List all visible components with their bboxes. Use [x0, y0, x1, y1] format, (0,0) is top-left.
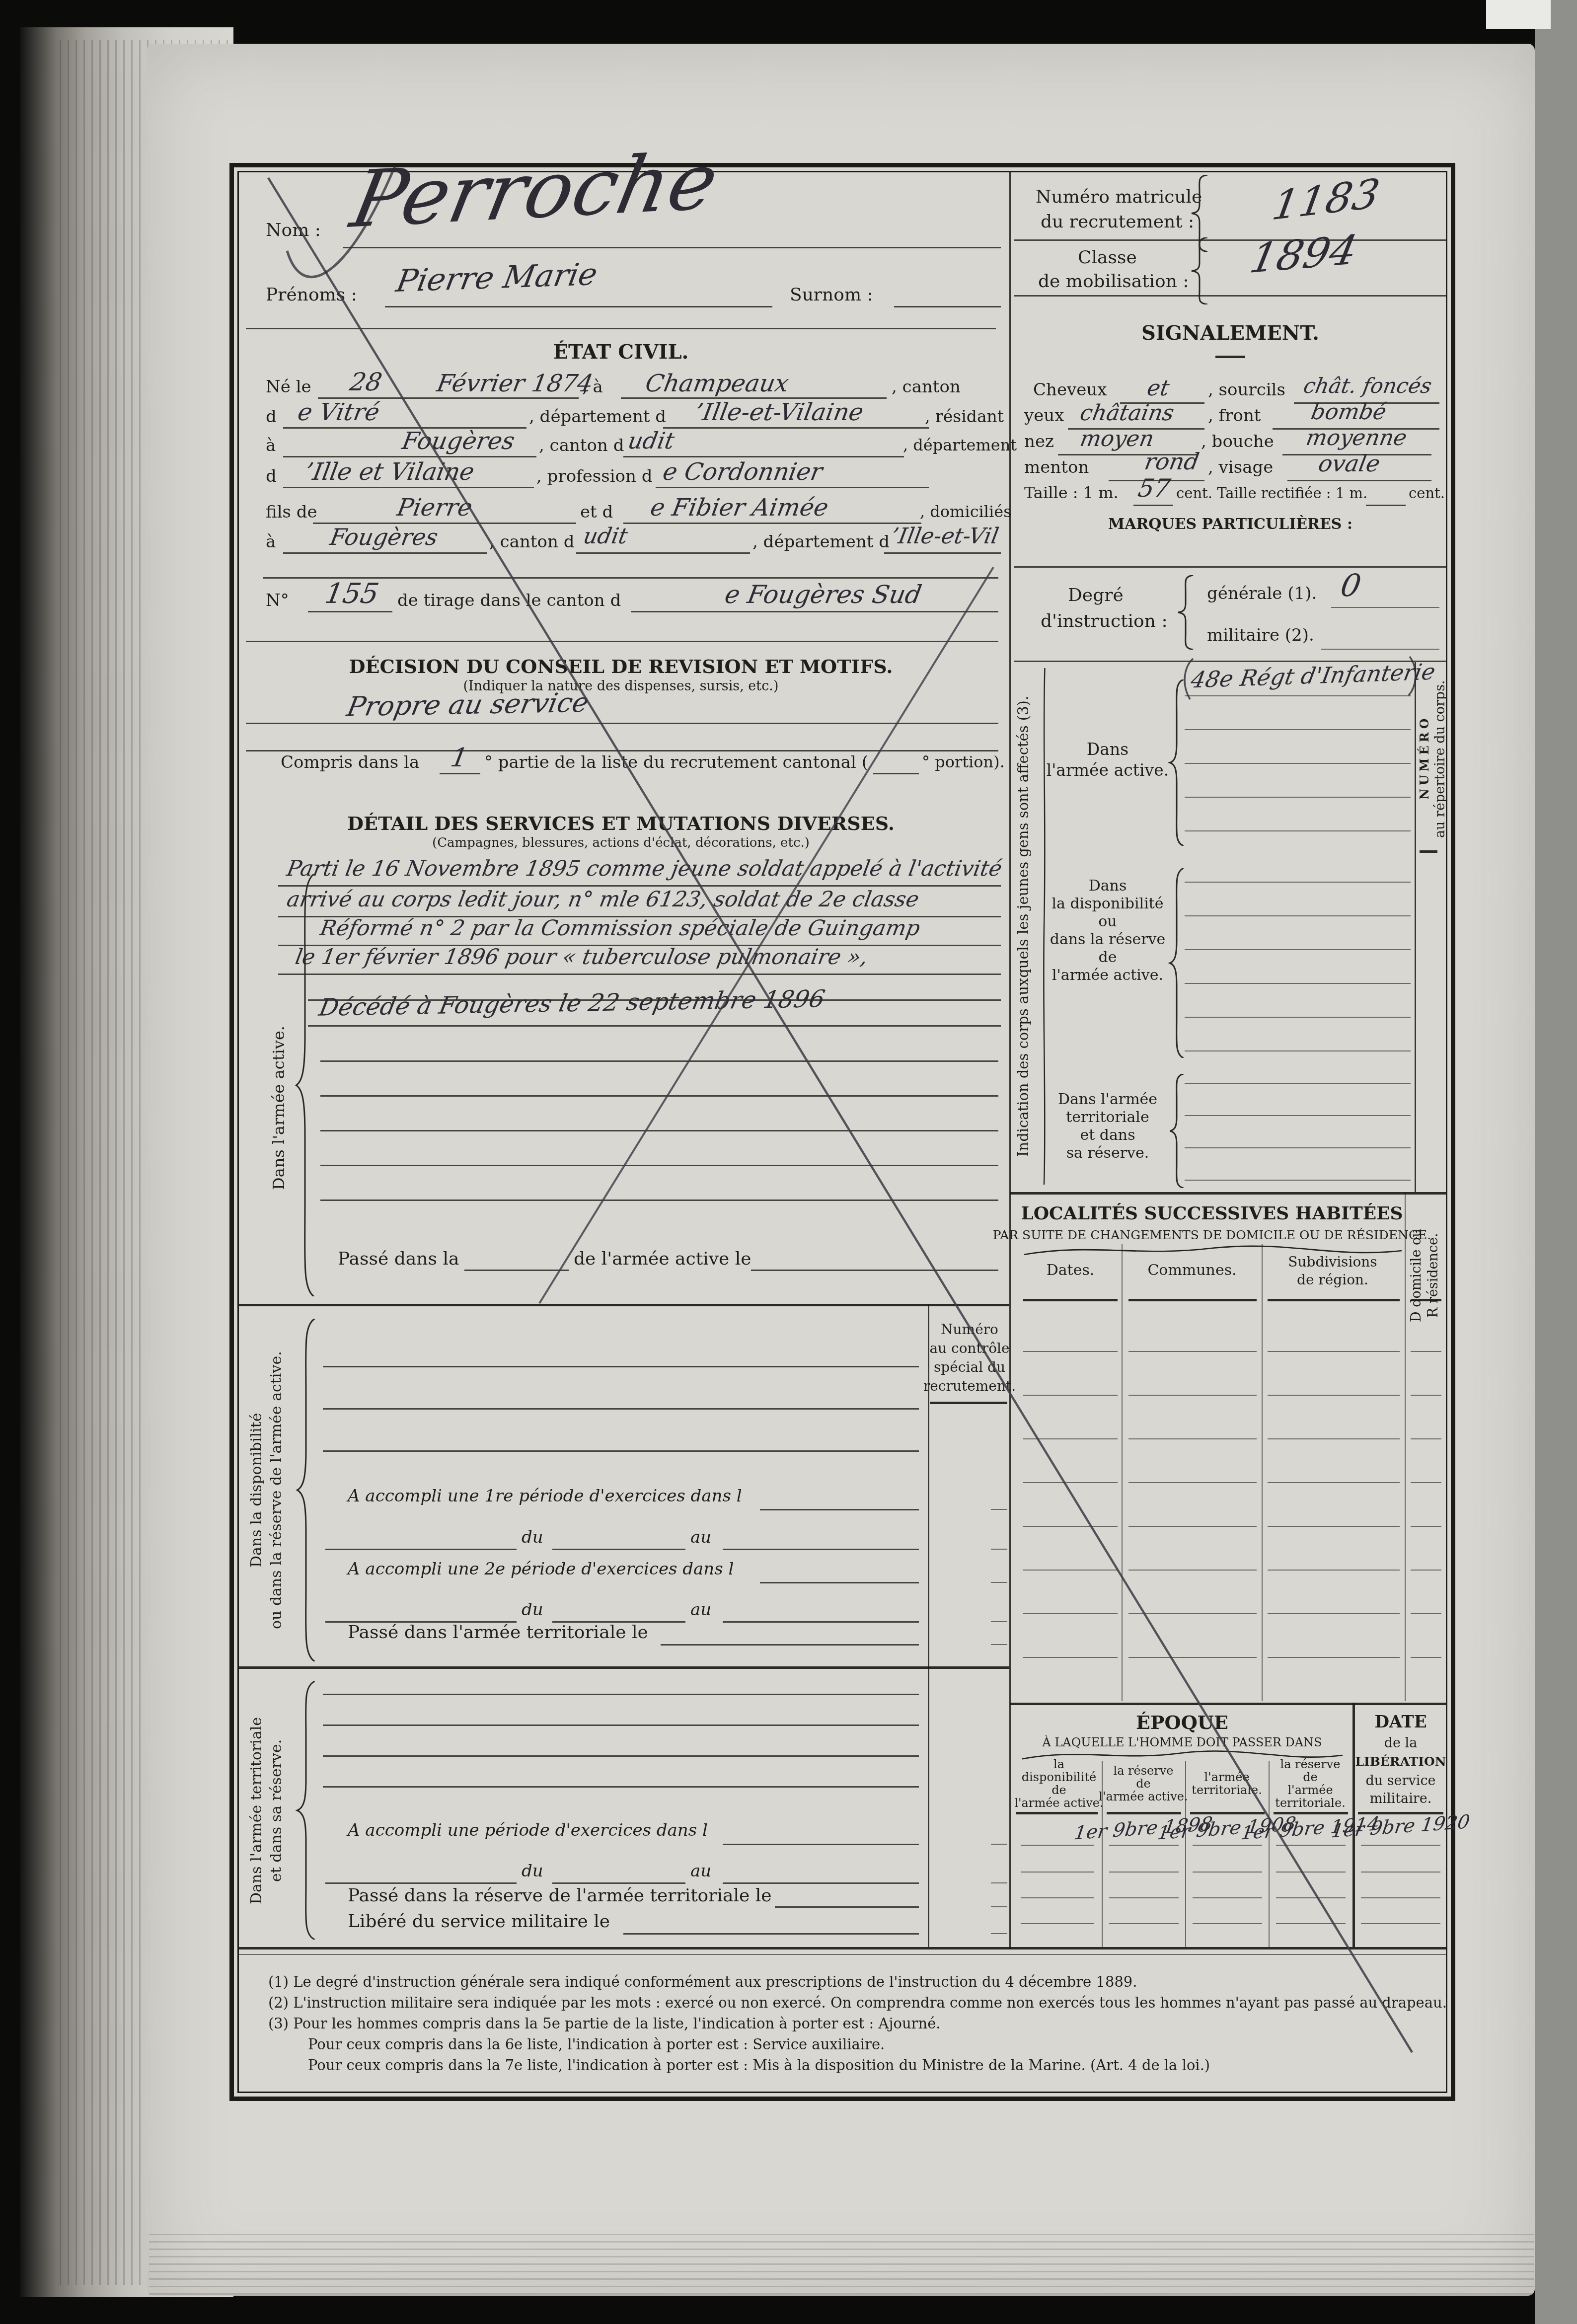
corps-line	[1185, 1050, 1411, 1051]
birth-day: 28	[348, 370, 384, 394]
corps-line	[1185, 729, 1411, 730]
tick-line	[991, 1582, 1007, 1583]
epoque-row-line	[1276, 1845, 1346, 1846]
tick-line	[991, 1549, 1007, 1550]
profession-value: e Cordonnier	[661, 460, 825, 484]
departement2-value: ’Ille et Vilaine	[303, 460, 476, 484]
side-label-territoriale-1: Dans l'armée territoriale	[249, 1681, 264, 1940]
corps-line	[1185, 830, 1411, 831]
write-line	[623, 1933, 919, 1935]
corps-dispo-label: Dans	[1089, 878, 1127, 894]
nom-value: Perroche	[345, 142, 724, 239]
blank-line	[320, 1060, 998, 1062]
section-divider	[239, 1304, 1009, 1306]
epoque-col1-header: de	[1051, 1784, 1066, 1797]
epoque-col2-header: de	[1136, 1778, 1151, 1790]
corps-terr-label: et dans	[1080, 1127, 1135, 1143]
compris-label-2: ° partie de la liste du recrutement cant…	[484, 754, 868, 772]
epoque-row-line	[1109, 1845, 1179, 1846]
write-line	[325, 1549, 517, 1550]
header-rule	[1268, 1299, 1400, 1301]
domicilies-label: , domiciliés	[920, 504, 1012, 521]
title-dash	[1215, 356, 1245, 358]
au-label: au	[690, 1863, 711, 1880]
nom-label: Nom :	[266, 221, 321, 240]
prenoms-label: Prénoms :	[266, 286, 357, 304]
write-line	[552, 1549, 685, 1550]
departement3-value: ’Ille-et-Vil	[890, 525, 1000, 547]
tick-line	[991, 1906, 1007, 1907]
corps-line	[1185, 1147, 1411, 1148]
residant-label: , résidant	[925, 408, 1004, 426]
table-row-line	[1411, 1613, 1441, 1614]
write-line	[775, 1906, 919, 1908]
table-row-line	[1128, 1395, 1257, 1396]
side-label-disponibilite-2: ou dans la réserve de l'armée active.	[269, 1321, 284, 1659]
epoque-row-line	[1109, 1897, 1179, 1898]
col-header-subdiv-1: Subdivisions	[1288, 1255, 1377, 1269]
mother-name: e Fibier Aimée	[649, 496, 830, 520]
menton-label: menton	[1024, 459, 1089, 477]
write-line	[246, 723, 998, 724]
visage-label: , visage	[1208, 459, 1273, 477]
epoque-row-line	[1276, 1923, 1346, 1924]
corps-terr-label: Dans l'armée	[1058, 1092, 1157, 1108]
du-label: du	[522, 1601, 543, 1619]
epoque-col2-header: la réserve	[1113, 1765, 1173, 1777]
table-row-line	[1268, 1351, 1400, 1352]
repertoire-label-text: au répertoire du corps.	[1433, 665, 1447, 853]
menton-value: rond	[1143, 450, 1201, 473]
write-line	[723, 1844, 919, 1845]
table-row-line	[1268, 1657, 1400, 1658]
bottom-page-edges	[149, 2234, 1534, 2295]
periode-terr-label: A accompli une période d'exercices dans …	[348, 1822, 708, 1840]
canton-d2-label: , canton d	[489, 533, 574, 551]
epoque-row-line	[1109, 1923, 1179, 1924]
cent-label: cent.	[1409, 486, 1445, 501]
cell-divider	[1014, 295, 1446, 297]
table-row-line	[1268, 1395, 1400, 1396]
canton-dudit2: udit	[582, 525, 629, 547]
a-label: , à	[582, 378, 603, 396]
decision-value: Propre au service	[345, 689, 591, 720]
classe-label-line1: Classe	[1078, 248, 1137, 267]
table-row-line	[1411, 1570, 1441, 1571]
corps-dispo-label: dans la réserve	[1050, 932, 1166, 948]
epoque-row-line	[1276, 1897, 1346, 1898]
date-col-header: de la	[1384, 1736, 1418, 1750]
col-header-dates: Dates.	[1047, 1263, 1095, 1278]
cheveux-label: Cheveux	[1033, 381, 1107, 399]
table-row-line	[1268, 1613, 1400, 1614]
table-row-line	[1128, 1613, 1257, 1614]
decision-title: DÉCISION DU CONSEIL DE REVISION ET MOTIF…	[349, 657, 893, 676]
corps-line	[1185, 949, 1411, 950]
epoque-row-line	[1193, 1897, 1262, 1898]
epoque-col4-header: de	[1303, 1771, 1318, 1784]
write-line	[1321, 649, 1439, 650]
epoque-title: ÉPOQUE	[1136, 1713, 1228, 1732]
generale-label: générale (1).	[1207, 585, 1317, 603]
classe-value: 1894	[1247, 230, 1360, 280]
blank-line	[323, 1408, 919, 1410]
write-line	[1331, 607, 1439, 608]
epoque-row-line	[1361, 1872, 1440, 1873]
front-value: bombé	[1309, 401, 1388, 423]
epoque-row-line	[1021, 1923, 1094, 1924]
tick-line	[991, 1882, 1007, 1883]
nez-value: moyen	[1078, 428, 1155, 450]
passe-armee-active-1: Passé dans la	[338, 1250, 459, 1269]
write-line	[723, 1621, 919, 1623]
write-line	[278, 885, 1001, 887]
cheveux-value: et	[1145, 377, 1171, 399]
table-row-line	[1128, 1482, 1257, 1483]
dr-label-1: D domicile ou	[1410, 1201, 1423, 1350]
blank-line	[323, 1366, 919, 1367]
birth-month-year: Février 1874	[435, 372, 595, 395]
write-line	[873, 773, 919, 774]
write-line	[283, 456, 536, 457]
corps-line	[1185, 1115, 1411, 1116]
table-row-line	[1023, 1613, 1118, 1614]
corps-terr-label: sa réserve.	[1066, 1145, 1149, 1161]
table-row-line	[1023, 1657, 1118, 1658]
tirage-value: 155	[323, 580, 381, 608]
section-divider	[1010, 1192, 1446, 1195]
taille-value: 57	[1136, 476, 1172, 501]
prenoms-value: Pierre Marie	[394, 259, 600, 297]
write-line	[283, 552, 487, 554]
write-line	[623, 456, 904, 457]
header-rule	[1023, 1299, 1118, 1301]
write-line	[894, 306, 1001, 307]
bouche-label: , bouche	[1201, 433, 1274, 451]
cell-divider	[1014, 566, 1446, 568]
domicile-value: Fougères	[328, 525, 440, 548]
front-label: , front	[1208, 407, 1261, 425]
repertoire-strip-divider	[1415, 662, 1416, 1192]
write-line	[1133, 505, 1173, 506]
tick-line	[991, 1844, 1007, 1845]
table-row-line	[1023, 1570, 1118, 1571]
blank-line	[323, 1694, 919, 1695]
write-line	[385, 306, 772, 307]
epoque-row-line	[1021, 1872, 1094, 1873]
blank-line	[246, 641, 998, 642]
epoque-col4-header: la réserve	[1280, 1758, 1340, 1771]
signalement-title: SIGNALEMENT.	[1141, 323, 1319, 344]
localites-title: LOCALITÉS SUCCESSIVES HABITÉES	[1021, 1204, 1403, 1223]
blank-line	[246, 750, 998, 751]
write-line	[440, 773, 480, 774]
epoque-col1-header: disponibilité	[1022, 1771, 1097, 1784]
epoque-col3-header: l'armée	[1204, 1771, 1249, 1784]
write-line	[308, 1025, 1001, 1027]
au-label: au	[690, 1529, 711, 1547]
table-row-line	[1128, 1570, 1257, 1571]
table-row-line	[1128, 1351, 1257, 1352]
degre-label-2: d'instruction :	[1041, 612, 1168, 631]
table-row-line	[1268, 1526, 1400, 1527]
footnote: (3) Pour les hommes compris dans la 5e p…	[268, 2016, 941, 2031]
corps-active-label-2: l'armée active.	[1047, 762, 1169, 779]
header-rule	[1107, 1812, 1181, 1814]
sourcils-value: chât. foncés	[1302, 375, 1433, 396]
header-rule	[1016, 1812, 1098, 1814]
passe-armee-active-2: de l'armée active le	[574, 1250, 751, 1269]
write-line	[343, 247, 1001, 248]
write-line	[552, 1882, 685, 1884]
epoque-column-divider	[1102, 1761, 1103, 1947]
table-row-line	[1023, 1395, 1118, 1396]
fils-de-label: fils de	[266, 504, 317, 522]
epoque-row-line	[1361, 1923, 1440, 1924]
epoque-row-line	[1361, 1897, 1440, 1898]
departement-d2-label: , département d	[752, 533, 890, 551]
table-column-divider	[1122, 1244, 1123, 1701]
et-d-label: et d	[580, 504, 613, 522]
services-title: DÉTAIL DES SERVICES ET MUTATIONS DIVERSE…	[347, 814, 895, 833]
numero-controle-rule	[930, 1402, 1007, 1404]
epoque-row-line	[1193, 1923, 1262, 1924]
footnote: Pour ceux compris dans la 6e liste, l'in…	[308, 2037, 885, 2052]
services-subtitle: (Campagnes, blessures, actions d'éclat, …	[432, 836, 810, 850]
numero-controle-divider	[928, 1304, 929, 1947]
table-row-line	[1268, 1438, 1400, 1439]
epoque-row-line	[1193, 1872, 1262, 1873]
write-line	[308, 611, 392, 612]
repertoire-label-numero: NUMÉRO	[1419, 668, 1430, 847]
write-line	[661, 1644, 919, 1646]
nez-label: nez	[1024, 433, 1054, 451]
table-column-divider	[1262, 1244, 1263, 1701]
write-line	[884, 552, 1001, 554]
numero-tirage-label: N°	[266, 592, 289, 610]
side-label-disponibilite-1: Dans la disponibilité	[249, 1321, 264, 1659]
du-label: du	[522, 1863, 543, 1880]
tick-line	[991, 1933, 1007, 1934]
table-row-line	[1268, 1570, 1400, 1571]
footnote: Pour ceux compris dans la 7e liste, l'in…	[308, 2058, 1210, 2073]
corps-line	[1185, 1083, 1411, 1084]
table-row-line	[1128, 1526, 1257, 1527]
corps-line	[1185, 882, 1411, 883]
departement-word: , département	[903, 437, 1017, 454]
matricule-label-line2: du recrutement :	[1041, 213, 1194, 231]
numero-controle-label: au contrôle	[929, 1341, 1009, 1355]
blank-line	[323, 1755, 919, 1757]
tick-line	[991, 1621, 1007, 1622]
write-line	[723, 1549, 919, 1550]
visage-value: ovale	[1317, 452, 1382, 475]
service-entry: Réformé n° 2 par la Commission spéciale …	[318, 918, 921, 939]
table-row-line	[1411, 1351, 1441, 1352]
table-row-line	[1411, 1657, 1441, 1658]
localites-subtitle: PAR SUITE DE CHANGEMENTS DE DOMICILE OU …	[993, 1229, 1431, 1242]
write-line	[576, 552, 750, 554]
write-line	[283, 487, 534, 488]
write-line	[723, 1882, 919, 1884]
table-row-line	[1023, 1438, 1118, 1439]
table-row-line	[1023, 1351, 1118, 1352]
footnote-divider-2	[239, 1954, 1447, 1955]
col-header-subdiv-2: de région.	[1297, 1273, 1368, 1287]
write-line	[663, 427, 929, 429]
yeux-value: châtains	[1078, 402, 1176, 424]
tirage-canton: e Fougères Sud	[723, 582, 924, 607]
cell-divider	[1014, 239, 1446, 241]
epoque-row-line	[1276, 1872, 1346, 1873]
taille-label: Taille : 1 m.	[1024, 485, 1119, 502]
canton-word: , canton	[892, 378, 961, 396]
scanned-register-page: Nom : Perroche Prénoms : Pierre Marie Su…	[0, 0, 1577, 2324]
d-label: d	[266, 468, 277, 486]
write-line	[278, 974, 1001, 975]
top-right-notch	[1486, 0, 1551, 29]
taille-rect-label: cent. Taille rectifiée : 1 m.	[1176, 486, 1367, 501]
departement-value: ’Ille-et-Vilaine	[693, 400, 865, 424]
table-row-line	[1128, 1657, 1257, 1658]
corps-line	[1185, 1180, 1411, 1181]
epoque-column-divider	[1185, 1761, 1186, 1947]
epoque-row-line	[1109, 1872, 1179, 1873]
blank-line	[323, 1450, 919, 1452]
periode1-label: A accompli une 1re période d'exercices d…	[348, 1488, 742, 1505]
side-label-armee-active: Dans l'armée active.	[271, 929, 287, 1286]
table-row-line	[1268, 1482, 1400, 1483]
epoque-row-line	[1021, 1897, 1094, 1898]
compris-label-1: Compris dans la	[281, 754, 419, 772]
epoque-col2-header: l'armée active.	[1099, 1791, 1188, 1803]
passe-territoriale-label: Passé dans l'armée territoriale le	[348, 1623, 648, 1642]
corps-line	[1185, 983, 1411, 984]
blank-line	[323, 1786, 919, 1788]
dr-strip-divider	[1405, 1192, 1406, 1701]
blank-line	[323, 1724, 919, 1726]
write-line	[325, 1882, 517, 1884]
write-line	[623, 523, 921, 524]
corps-dispo-label: de	[1099, 950, 1117, 966]
write-line	[464, 1270, 569, 1271]
departement-label: , département d	[529, 408, 666, 426]
dr-label-2: R résidence.	[1427, 1201, 1440, 1350]
corps-active-label-1: Dans	[1087, 741, 1128, 758]
corps-dispo-label: la disponibilité	[1051, 896, 1163, 912]
numero-controle-label: recrutement.	[923, 1379, 1016, 1393]
passe-reserve-terr-label: Passé dans la réserve de l'armée territo…	[348, 1886, 772, 1905]
corps-line	[1185, 1017, 1411, 1018]
epoque-column-divider	[1269, 1761, 1270, 1947]
marques-label: MARQUES PARTICULIÈRES :	[1108, 517, 1352, 532]
tirage-text: de tirage dans le canton d	[397, 592, 621, 610]
canton-d-label: , canton d	[539, 437, 624, 455]
corps-dispo-label: l'armée active.	[1052, 968, 1163, 983]
corps-line	[1185, 797, 1411, 798]
table-row-line	[1411, 1438, 1441, 1439]
blank-line	[320, 1199, 998, 1201]
table-row-line	[1023, 1482, 1118, 1483]
corps-line	[1185, 763, 1411, 764]
tick-line	[991, 1509, 1007, 1510]
du-label: du	[522, 1529, 543, 1547]
date-col-header: LIBÉRATION	[1355, 1755, 1446, 1768]
section-rule	[246, 328, 996, 329]
libere-label: Libéré du service militaire le	[348, 1912, 610, 1931]
write-line	[1287, 480, 1431, 481]
side-label-territoriale-2: et dans sa réserve.	[269, 1681, 284, 1940]
write-line	[760, 1582, 919, 1583]
footnote-divider	[239, 1947, 1447, 1949]
numero-controle-label: spécial du	[934, 1360, 1005, 1374]
matricule-label-line1: Numéro matricule	[1036, 188, 1202, 207]
epoque-row-line	[1361, 1845, 1440, 1846]
sourcils-label: , sourcils	[1208, 381, 1285, 399]
side-label-indication-corps: Indication des corps auxquels les jeunes…	[1016, 666, 1031, 1187]
etat-civil-title: ÉTAT CIVIL.	[553, 342, 689, 363]
corps-line	[1185, 915, 1411, 916]
epoque-subtitle: À LAQUELLE L'HOMME DOIT PASSER DANS	[1042, 1736, 1322, 1749]
service-entry: le 1er février 1896 pour « tuberculose p…	[294, 947, 869, 968]
d-label: d	[266, 408, 277, 426]
epoque-col3-header: territoriale.	[1192, 1784, 1262, 1797]
footnote: (1) Le degré d'instruction générale sera…	[268, 1974, 1137, 1989]
date-col-header: du service	[1366, 1774, 1436, 1788]
table-row-line	[1411, 1395, 1441, 1396]
a-label: à	[266, 533, 276, 551]
militaire-label: militaire (2).	[1207, 627, 1314, 645]
blank-line	[320, 1095, 998, 1097]
table-row-line	[1128, 1438, 1257, 1439]
repertoire-bracket	[1420, 850, 1437, 853]
epoque-row-line	[1193, 1845, 1262, 1846]
table-row-line	[1411, 1482, 1441, 1483]
write-line	[1366, 505, 1406, 506]
bouche-value: moyenne	[1304, 427, 1409, 449]
service-entry: arrivé au corps ledit jour, n° mle 6123,…	[285, 889, 920, 910]
date-col-header: militaire.	[1370, 1792, 1432, 1806]
ne-le-label: Né le	[266, 378, 311, 396]
epoque-col4-header: territoriale.	[1275, 1797, 1346, 1809]
write-line	[760, 1509, 919, 1510]
corps-line	[1185, 695, 1411, 696]
footnote: (2) L'instruction militaire sera indiqué…	[268, 1995, 1447, 2010]
section-divider	[239, 1666, 1009, 1669]
write-line	[656, 487, 929, 488]
table-row-line	[1411, 1526, 1441, 1527]
header-rule	[1128, 1299, 1257, 1301]
section-divider	[1010, 1703, 1446, 1705]
residence-value: Fougères	[400, 429, 517, 453]
father-name: Pierre	[395, 496, 474, 520]
canton-dudit: udit	[626, 429, 676, 452]
corps-terr-label: territoriale	[1066, 1110, 1149, 1125]
table-row-line	[1023, 1526, 1118, 1527]
numero-controle-label: Numéro	[941, 1322, 998, 1337]
date-col-header: DATE	[1374, 1714, 1427, 1731]
write-line	[631, 611, 998, 612]
degre-label-1: Degré	[1068, 586, 1124, 605]
birthplace: Champeaux	[644, 372, 791, 395]
corps-dispo-label: ou	[1098, 914, 1117, 930]
col-header-communes: Communes.	[1147, 1263, 1236, 1278]
classe-label-line2: de mobilisation :	[1038, 272, 1189, 291]
yeux-label: yeux	[1024, 407, 1064, 425]
profession-label: , profession d	[536, 468, 653, 486]
right-scan-strip	[1535, 0, 1577, 2324]
epoque-col1-header: l'armée active.	[1014, 1797, 1103, 1809]
